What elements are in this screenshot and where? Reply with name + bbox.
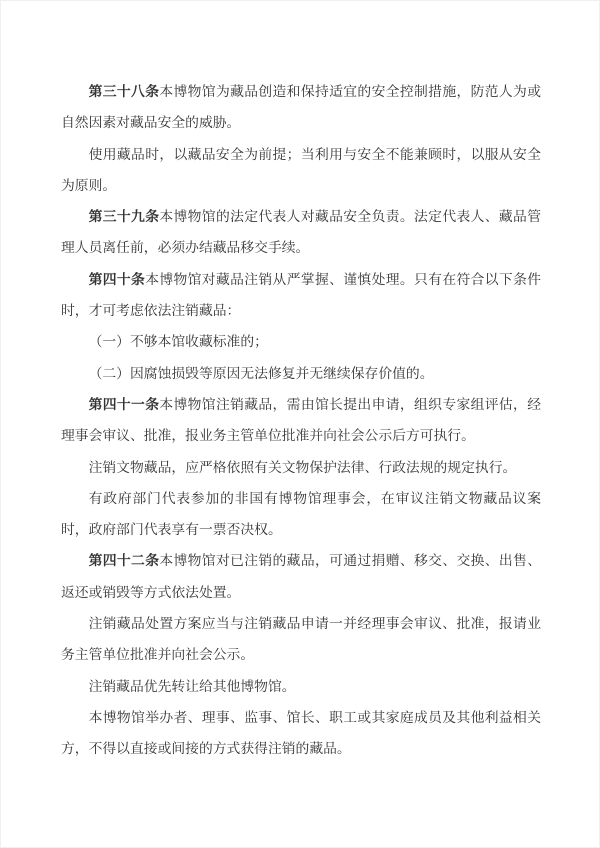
- paragraph-text: （二）因腐蚀损毁等原因无法修复并无继续保存价值的。: [89, 366, 434, 381]
- article-number: 第四十二条: [89, 553, 160, 568]
- paragraph-text: 注销藏品处置方案应当与注销藏品申请一并经理事会审议、批准，报请业务主管单位批准并…: [61, 616, 541, 662]
- paragraph: 注销文物藏品，应严格依照有关文物保护法律、行政法规的规定执行。: [61, 452, 541, 483]
- article-number: 第三十九条: [89, 209, 160, 224]
- paragraph-text: （一）不够本馆收藏标准的；: [89, 334, 268, 349]
- paragraph: 注销藏品优先转让给其他博物馆。: [61, 671, 541, 702]
- paragraph: 有政府部门代表参加的非国有博物馆理事会，在审议注销文物藏品议案时，政府部门代表享…: [61, 483, 541, 546]
- paragraph-text: 注销藏品优先转让给其他博物馆。: [89, 679, 296, 694]
- document-body: 第三十八条本博物馆为藏品创造和保持适宜的安全控制措施，防范人为或自然因素对藏品安…: [61, 76, 541, 765]
- paragraph: 第三十九条本博物馆的法定代表人对藏品安全负责。法定代表人、藏品管理人员离任前，必…: [61, 201, 541, 264]
- paragraph-text: 本博物馆举办者、理事、监事、馆长、职工或其家庭成员及其他利益相关方，不得以直接或…: [61, 710, 541, 756]
- paragraph: 第四十二条本博物馆对已注销的藏品，可通过捐赠、移交、交换、出售、返还或销毁等方式…: [61, 545, 541, 608]
- paragraph-text: 有政府部门代表参加的非国有博物馆理事会，在审议注销文物藏品议案时，政府部门代表享…: [61, 491, 541, 537]
- paragraph: 第四十条本博物馆对藏品注销从严掌握、谨慎处理。只有在符合以下条件时，才可考虑依法…: [61, 264, 541, 327]
- paragraph-text: 使用藏品时，以藏品安全为前提；当利用与安全不能兼顾时，以服从安全为原则。: [61, 147, 541, 193]
- paragraph: 本博物馆举办者、理事、监事、馆长、职工或其家庭成员及其他利益相关方，不得以直接或…: [61, 702, 541, 765]
- document-page: 第三十八条本博物馆为藏品创造和保持适宜的安全控制措施，防范人为或自然因素对藏品安…: [0, 0, 600, 848]
- paragraph: 第三十八条本博物馆为藏品创造和保持适宜的安全控制措施，防范人为或自然因素对藏品安…: [61, 76, 541, 139]
- paragraph-text: 注销文物藏品，应严格依照有关文物保护法律、行政法规的规定执行。: [89, 460, 517, 475]
- article-number: 第四十一条: [89, 397, 160, 412]
- article-number: 第三十八条: [89, 84, 160, 99]
- paragraph: （二）因腐蚀损毁等原因无法修复并无继续保存价值的。: [61, 358, 541, 389]
- paragraph: 使用藏品时，以藏品安全为前提；当利用与安全不能兼顾时，以服从安全为原则。: [61, 139, 541, 202]
- paragraph: 第四十一条本博物馆注销藏品，需由馆长提出申请，组织专家组评估，经理事会审议、批准…: [61, 389, 541, 452]
- article-number: 第四十条: [89, 272, 146, 287]
- paragraph: 注销藏品处置方案应当与注销藏品申请一并经理事会审议、批准，报请业务主管单位批准并…: [61, 608, 541, 671]
- paragraph: （一）不够本馆收藏标准的；: [61, 326, 541, 357]
